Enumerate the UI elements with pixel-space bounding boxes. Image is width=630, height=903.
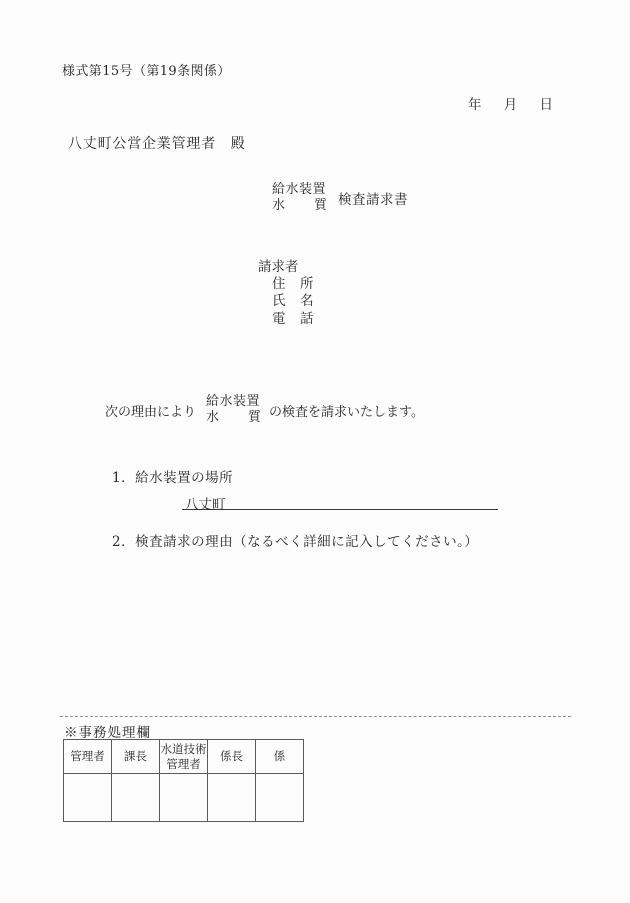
date-day-label: 日 <box>540 93 554 113</box>
title-label: 検査請求書 <box>338 188 408 208</box>
statement-term-water-quality: 水 質 <box>206 410 261 426</box>
document-title: 給水装置 水 質 検査請求書 <box>272 182 408 214</box>
title-term-water-quality: 水 質 <box>272 198 327 214</box>
admin-stamp-cell <box>208 774 256 822</box>
form-number: 様式第15号（第19条関係） <box>62 60 231 79</box>
admin-header-staff: 係 <box>256 740 304 774</box>
admin-table-header-row: 管理者 課長 水道技術管理者 係長 係 <box>64 740 304 774</box>
statement-term-quality: 質 <box>248 410 261 426</box>
admin-section-heading: ※事務処理欄 <box>64 721 151 741</box>
admin-header-manager: 管理者 <box>64 740 112 774</box>
statement-suffix: の検査を請求いたします。 <box>269 401 424 420</box>
location-value: 八丈町 <box>185 497 226 513</box>
item2-reason-label: 2．検査請求の理由（なるべく詳細に記入してください。） <box>112 530 478 550</box>
title-term-supply-equipment: 給水装置 <box>272 182 327 198</box>
admin-stamp-cell <box>112 774 160 822</box>
admin-header-subsection-chief: 係長 <box>208 740 256 774</box>
requester-address-label: 住 所 <box>272 276 314 293</box>
admin-stamp-cell <box>160 774 208 822</box>
statement-prefix: 次の理由により <box>105 401 196 420</box>
statement-stacked-terms: 給水装置 水 質 <box>206 394 261 426</box>
request-statement: 次の理由により 給水装置 水 質 の検査を請求いたします。 <box>105 394 424 426</box>
requester-phone-label: 電 話 <box>272 311 314 328</box>
admin-approval-table: 管理者 課長 水道技術管理者 係長 係 <box>63 739 304 822</box>
admin-header-water-tech-manager: 水道技術管理者 <box>160 740 208 774</box>
statement-term-water: 水 <box>206 410 219 426</box>
statement-term-supply-equipment: 給水装置 <box>206 394 261 410</box>
document-page: 様式第15号（第19条関係） 年 月 日 八丈町公営企業管理者 殿 給水装置 水… <box>0 0 630 903</box>
requester-name-label: 氏 名 <box>272 293 314 310</box>
item1-location-label: 1．給水装置の場所 <box>112 466 233 486</box>
admin-header-section-chief: 課長 <box>112 740 160 774</box>
location-fill-line[interactable]: 八丈町 <box>182 493 498 510</box>
cut-line-divider <box>60 716 571 717</box>
admin-stamp-cell <box>256 774 304 822</box>
date-line: 年 月 日 <box>468 93 553 113</box>
date-year-label: 年 <box>468 93 482 113</box>
requester-heading: 請求者 <box>258 259 314 276</box>
addressee: 八丈町公営企業管理者 殿 <box>68 133 246 153</box>
title-term-water: 水 <box>272 198 285 214</box>
title-term-quality: 質 <box>314 198 327 214</box>
date-month-label: 月 <box>504 93 518 113</box>
admin-table-stamp-row <box>64 774 304 822</box>
title-stacked-terms: 給水装置 水 質 <box>272 182 327 214</box>
admin-stamp-cell <box>64 774 112 822</box>
requester-block: 請求者 住 所 氏 名 電 話 <box>258 259 314 328</box>
